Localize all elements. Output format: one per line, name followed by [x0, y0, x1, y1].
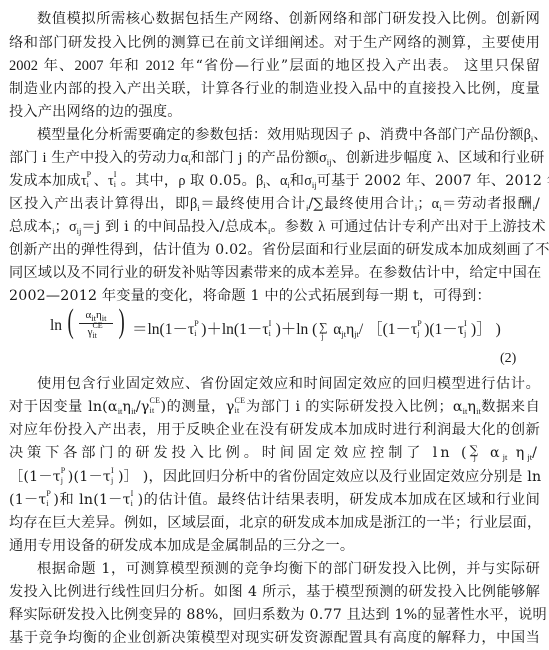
text: 基于竞争均衡的企业创新决策模型对现实研发资源配置具有高度的解释力，中国当	[9, 630, 540, 646]
sup-sub: Pj	[61, 472, 68, 482]
text: 、	[533, 127, 547, 143]
alpha-symbol: α	[432, 196, 439, 212]
superscript: CE	[92, 321, 102, 331]
paragraph-3-line-3: 对应年份投入产出表，用于反映企业在没有研发成本加成时进行利润最大化的创新	[9, 419, 540, 442]
sup-sub: Ii	[269, 325, 276, 335]
paragraph-2-line-7: 同区域以及不同行业的研发补贴等因素带来的成本差异。在参数估计中，给定中国在	[9, 262, 540, 285]
sup-sub: CEit	[92, 327, 104, 337]
text: 决策下各部门的研发投入比例。时间固定效应控制了 ln (	[9, 445, 470, 461]
text: 年和	[103, 58, 145, 74]
text: )的测量，γ	[161, 399, 235, 415]
eta-symbol: η	[507, 445, 527, 461]
text: 年、	[38, 58, 74, 74]
superscript: P	[417, 319, 421, 329]
text: 络和部门研发投入比例的测算已在前文详细阐述。对于生产网络的测算，主要使用	[9, 35, 540, 51]
right-paren: )	[119, 303, 125, 341]
paragraph-2-line-3: 发成本加成τPi、τIi。其中，ρ 取 0.05。βi、αi和σij可基于 20…	[9, 170, 540, 193]
superscript: I	[269, 319, 272, 329]
subscript: j	[474, 454, 479, 462]
text: 为部门 i 的实际研发投入比例；α	[246, 399, 463, 415]
text: 、区域和行业研	[444, 150, 545, 166]
superscript: P	[194, 319, 198, 329]
paragraph-3-line-7: 均存在巨大差异。例如，区域层面，北京的研发成本加成是浙江的一半；行业层面，	[9, 512, 540, 535]
superscript: I	[114, 170, 117, 180]
text: 总成本	[9, 219, 52, 235]
text: 和部门	[191, 150, 239, 166]
subscript: i	[46, 499, 48, 509]
subscript: j	[111, 476, 113, 486]
text: ＝j 到 i 的中间品投入/总成本	[81, 219, 268, 235]
paragraph-2-line-8: 2002—2012 年变量的变化，将命题 1 中的公式拓展到每一期 t，可得到：	[9, 285, 540, 308]
left-paren: (	[68, 303, 74, 341]
superscript: P	[61, 466, 66, 476]
text: 制造业内部的投入产出关联，计算各行业的制造业投入品中的直接投入比例，度量	[9, 81, 540, 97]
text: α	[482, 445, 503, 461]
fraction: αitηit γCEit	[79, 308, 113, 340]
sup-sub: Pi	[46, 495, 53, 505]
text: 可通过估计专利产出对于上游技术	[325, 219, 546, 235]
text: /γ	[136, 399, 150, 415]
text: )的估计值。最终估计结果表明，研发成本加成在区域和行业间	[138, 492, 540, 508]
subscript: i	[87, 180, 89, 190]
paragraph-4-line-4: 基于竞争均衡的企业创新决策模型对现实研发资源配置具有高度的解释力，中国当	[9, 627, 540, 650]
superscript: I	[131, 489, 134, 499]
subscript: it	[92, 331, 96, 341]
text: )＋ln(1－τ	[201, 321, 268, 338]
sup-sub: Pi	[194, 325, 201, 335]
paragraph-1-line-2: 络和部门研发投入比例的测算已在前文详细阐述。对于生产网络的测算，主要使用	[9, 32, 540, 55]
text: 根据命题 1，可测算模型预测的竞争均衡下的部门研发投入比例，并与实际研	[37, 561, 540, 577]
sup-sub: Ij	[464, 325, 471, 335]
paragraph-3-line-2: 对于因变量 ln(αitηit/γCEit)的测量，γCEit为部门 i 的实际…	[9, 396, 540, 419]
text: 生产中投入的劳动力	[47, 150, 181, 166]
sup-sub: Ij	[111, 472, 118, 482]
paragraph-2-line-6: 创新产出的弹性得到，估计值为 0.02。省份层面和行业层面的研发成本加成刻画了不	[9, 239, 540, 262]
text: ＝ln(1－τ	[132, 321, 194, 338]
text: 数值模拟所需核心数据包括生产网络、创新网络和部门研发投入比例。创新网	[37, 11, 540, 27]
paragraph-2-line-4: 区投入产出表计算得出，即βi＝最终使用合计i/∑最终使用合计i；αi＝劳动者报酬…	[9, 193, 540, 216]
text: 年“省份—行业”层面的地区投入产出表。 这里只保留	[175, 58, 540, 74]
subscript: it	[235, 406, 240, 416]
equation-number: (2)	[500, 351, 516, 367]
paragraph-1-line-4: 制造业内部的投入产出关联，计算各行业的制造业投入品中的直接投入比例，度量	[9, 78, 540, 101]
paragraph-3-line-5: ［(1－τPj)(1－τIj)］ )，因此回归分析中的省份固定效应以及行业固定效…	[9, 466, 540, 489]
subscript: j	[321, 333, 323, 341]
text: 的产品份额	[242, 150, 319, 166]
text: 、消费中各部门产品份额	[365, 127, 523, 143]
text: 对应年份投入产出表，用于反映企业在没有研发成本加成时进行利润最大化的创新	[9, 422, 540, 438]
text: 模型量化分析需要确定的参数包括：效用贴现因子	[37, 127, 358, 143]
text: )］ )，因此回归分析中的省份固定效应以及行业固定效应分别是 ln	[118, 469, 541, 485]
superscript: I	[464, 319, 467, 329]
subscript: j	[61, 476, 63, 486]
text: 均存在巨大差异。例如，区域层面，北京的研发成本加成是浙江的一半；行业层面，	[9, 515, 541, 531]
text: 。参数	[270, 219, 318, 235]
text: 和	[290, 173, 304, 189]
superscript: CE	[235, 396, 246, 406]
paragraph-2-line-2: 部门 i 生产中投入的劳动力αi和部门 j 的产品份额σij、创新进步幅度 λ、…	[9, 147, 540, 170]
year: 2002	[9, 58, 38, 74]
text: / ［(1－τ	[359, 321, 417, 338]
sigma-symbol: σ	[69, 219, 77, 235]
text: (1－τ	[9, 492, 46, 508]
paragraph-4-line-2: 发投入比例进行线性回归分析。如图 4 所示，基于模型预测的研发投入比例能够解	[9, 581, 540, 604]
text: 使用包含行业固定效应、省份固定效应和时间固定效应的回归模型进行估计。	[37, 376, 540, 392]
text: ［(1－τ	[9, 469, 61, 485]
paragraph-4-line-3: 释实际研发投入比例变异的 88%，回归系数为 0.77 且达到 1%的显著性水平…	[9, 604, 540, 627]
sup-sub: CEit	[235, 402, 246, 412]
beta-symbol: β	[524, 127, 531, 143]
fraction-denominator: γCEit	[79, 324, 113, 340]
paragraph-3-line-8: 通用专用设备的研发成本加成是金属制品的三分之一。	[9, 535, 540, 558]
paragraph-3-line-4: 决策下各部门的研发投入比例。时间固定效应控制了 ln (∑j αjt ηjt/	[9, 442, 540, 465]
paragraph-1-line-1: 数值模拟所需核心数据包括生产网络、创新网络和部门研发投入比例。创新网	[9, 8, 540, 31]
text: )(1－τ	[68, 469, 111, 485]
lambda-symbol: λ	[437, 150, 444, 166]
superscript: P	[46, 489, 51, 499]
subscript: it	[150, 406, 155, 416]
sup-sub: Pj	[417, 325, 424, 335]
text: α	[329, 321, 341, 338]
sigma-symbol: σ	[304, 173, 312, 189]
text: )］ )	[471, 321, 501, 338]
paragraph-2-line-1: 模型量化分析需要确定的参数包括：效用贴现因子 ρ、消费中各部门产品份额βi、	[9, 124, 540, 147]
superscript: I	[111, 466, 114, 476]
sup-sub: Pi	[87, 176, 94, 186]
equation-2: ln ( αitηit γCEit ) ＝ln(1－τPi)＋ln(1－τIi)…	[50, 306, 530, 348]
text: 、	[266, 173, 280, 189]
text: 创新产出的弹性得到，估计值为 0.02。省份层面和行业层面的研发成本加成刻画了不	[9, 242, 549, 258]
text: ＝最终使用合计	[200, 196, 306, 212]
subscript: j	[417, 329, 419, 339]
text: 通用专用设备的研发成本加成是金属制品的三分之一。	[9, 538, 354, 554]
year: 2007	[74, 58, 103, 74]
text: /	[535, 196, 540, 212]
paragraph-3-line-1: 使用包含行业固定效应、省份固定效应和时间固定效应的回归模型进行估计。	[9, 373, 540, 396]
text: /∑最终使用合计	[308, 196, 415, 212]
text: 部门	[9, 150, 43, 166]
eta-symbol: η	[346, 321, 354, 338]
text: )(1－τ	[424, 321, 464, 338]
text: ；	[55, 219, 69, 235]
sup-sub: CEit	[150, 402, 161, 412]
subscript: i	[269, 329, 271, 339]
text: 、	[94, 173, 108, 189]
text: )＋ln (	[276, 321, 318, 338]
summation: ∑j	[470, 442, 482, 465]
eta-symbol: η	[467, 399, 476, 415]
text: 区投入产出表计算得出，即	[9, 196, 190, 212]
text: 同区域以及不同行业的研发补贴等因素带来的成本差异。在参数估计中，给定中国在	[9, 265, 541, 281]
ln-operator: ln	[50, 317, 62, 335]
subscript: i	[131, 499, 133, 509]
text: 投入产出网络的边的强度。	[9, 104, 182, 120]
text: 发成本加成	[9, 173, 81, 189]
text: ；	[417, 196, 431, 212]
sup-sub: Ii	[114, 176, 121, 186]
paragraph-4-line-1: 根据命题 1，可测算模型预测的竞争均衡下的部门研发投入比例，并与实际研	[9, 558, 540, 581]
text: )和 ln(1－τ	[53, 492, 130, 508]
subscript: i	[194, 329, 196, 339]
subscript: j	[464, 329, 466, 339]
text: ＝劳动者报酬	[441, 196, 532, 212]
equation-rhs: ＝ln(1－τPi)＋ln(1－τIi)＋ln (∑j αjtηjt/ ［(1－…	[132, 317, 501, 339]
paragraph-3-line-6: (1－τPi)和 ln(1－τIi)的估计值。最终估计结果表明，研发成本加成在区…	[9, 489, 540, 512]
year: 2012	[146, 58, 175, 74]
text: 可基于 2002 年、2007 年、2012 年地	[317, 173, 549, 189]
text: 数据来自	[481, 399, 540, 415]
text: 。其中，	[121, 173, 179, 189]
text: 、创新进步幅度	[332, 150, 437, 166]
text: 2002—2012 年变量的变化，将命题 1 中的公式拓展到每一期 t，可得到：	[9, 288, 491, 304]
summation: ∑j	[317, 321, 329, 339]
paragraph-2-line-5: 总成本i；σij＝j 到 i 的中间品投入/总成本i。参数 λ 可通过估计专利产…	[9, 216, 540, 239]
paragraph-1-line-3: 2002 年、2007 年和 2012 年“省份—行业”层面的地区投入产出表。 …	[9, 55, 540, 78]
text: /	[532, 445, 540, 461]
superscript: CE	[150, 396, 161, 406]
paragraph-1-line-5: 投入产出网络的边的强度。	[9, 101, 540, 124]
text: 释实际研发投入比例变异的 88%，回归系数为 0.77 且达到 1%的显著性水平…	[9, 607, 547, 623]
eta-symbol: η	[122, 399, 131, 415]
subscript: i	[114, 180, 116, 190]
text: 取 0.05。	[185, 173, 256, 189]
sup-sub: Ii	[131, 495, 138, 505]
text: 发投入比例进行线性回归分析。如图 4 所示，基于模型预测的研发投入比例能够解	[9, 584, 540, 600]
text: 对于因变量 ln(α	[9, 399, 118, 415]
superscript: P	[87, 170, 92, 180]
sigma-symbol: σ	[319, 150, 327, 166]
